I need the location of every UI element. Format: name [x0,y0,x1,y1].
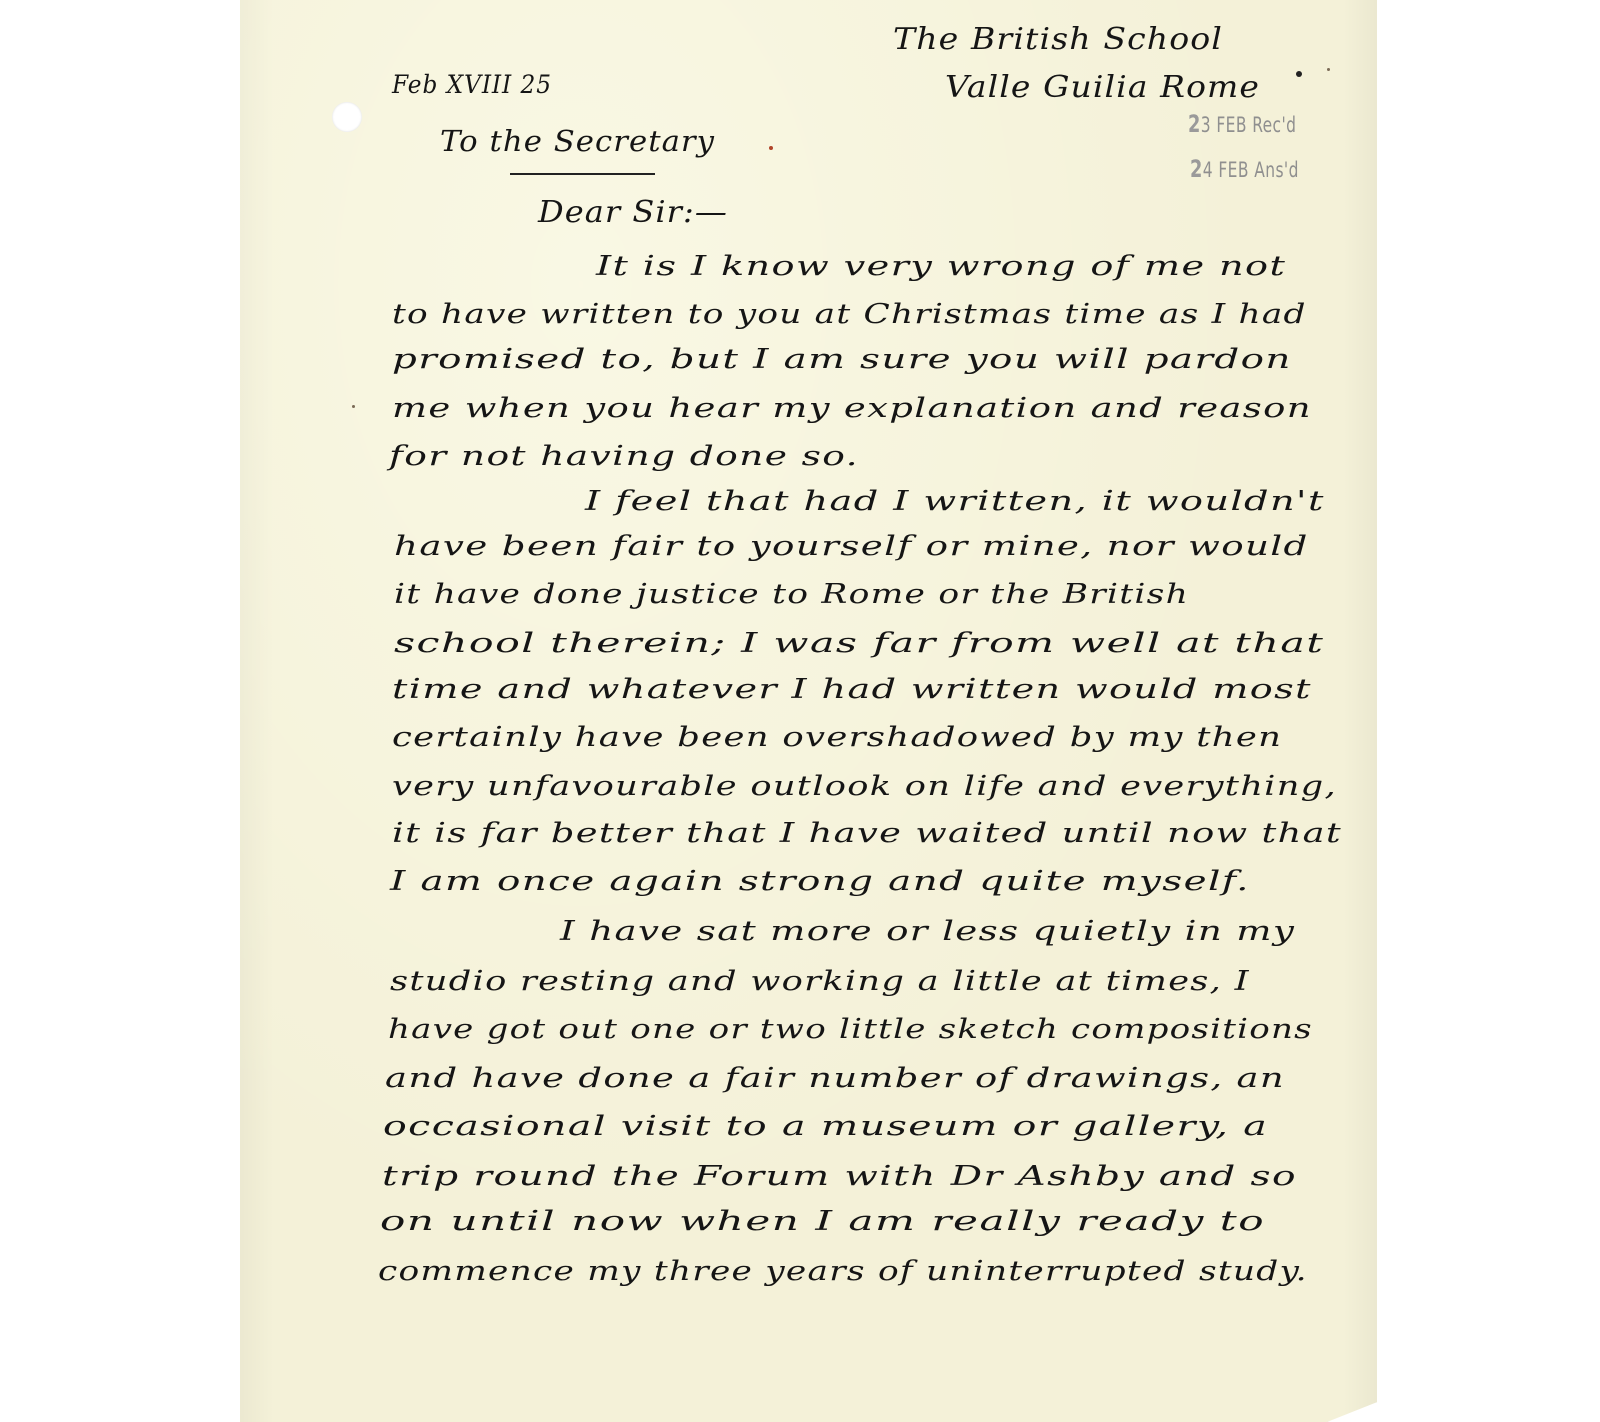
ink-speck [1327,68,1330,71]
body-line: I feel that had I written, it wouldn't [585,485,1325,517]
received-stamp-text: 3 FEB Rec'd [1201,113,1297,137]
body-line: It is I know very wrong of me not [596,250,1286,282]
body-line: me when you hear my explanation and reas… [392,392,1312,424]
body-line: it have done justice to Rome or the Brit… [394,578,1189,610]
answered-stamp-day: 2 [1190,155,1203,183]
body-line: I have sat more or less quietly in my [560,915,1295,947]
recipient-underline [510,173,655,175]
recipient: To the Secretary [440,124,715,158]
body-line: have been fair to yourself or mine, nor … [394,530,1309,562]
letter-date: Feb XVIII 25 [392,70,552,99]
body-line: school therein; I was far from well at t… [394,627,1324,659]
body-line: trip round the Forum with Dr Ashby and s… [382,1160,1297,1192]
body-line: promised to, but I am sure you will pard… [392,343,1292,375]
body-line: commence my three years of uninterrupted… [378,1255,1308,1287]
address-line-1: The British School [893,22,1223,57]
body-line: it is far better that I have waited unti… [392,817,1342,849]
body-line: to have written to you at Christmas time… [392,298,1307,330]
body-line: time and whatever I had written would mo… [392,673,1312,705]
address-line-2: Valle Guilia Rome [945,70,1260,105]
body-line: and have done a fair number of drawings,… [385,1062,1285,1094]
ink-speck [352,405,355,408]
body-line: I am once again strong and quite myself. [390,865,1250,897]
answered-stamp-text: 4 FEB Ans'd [1203,158,1299,182]
received-stamp-day: 2 [1188,110,1201,138]
ink-dot [1296,71,1302,77]
ink-speck [769,146,773,150]
body-line: certainly have been overshadowed by my t… [392,721,1282,753]
body-line: very unfavourable outlook on life and ev… [392,770,1337,802]
body-line: have got out one or two little sketch co… [388,1013,1313,1045]
body-line: on until now when I am really ready to [380,1205,1265,1237]
body-line: for not having done so. [389,440,859,472]
body-line: occasional visit to a museum or gallery,… [383,1110,1268,1142]
received-stamp: 23 FEB Rec'd [1188,110,1296,138]
salutation: Dear Sir:— [538,195,728,230]
answered-stamp: 24 FEB Ans'd [1190,155,1299,183]
body-line: studio resting and working a little at t… [390,965,1250,997]
punch-hole [332,102,362,132]
